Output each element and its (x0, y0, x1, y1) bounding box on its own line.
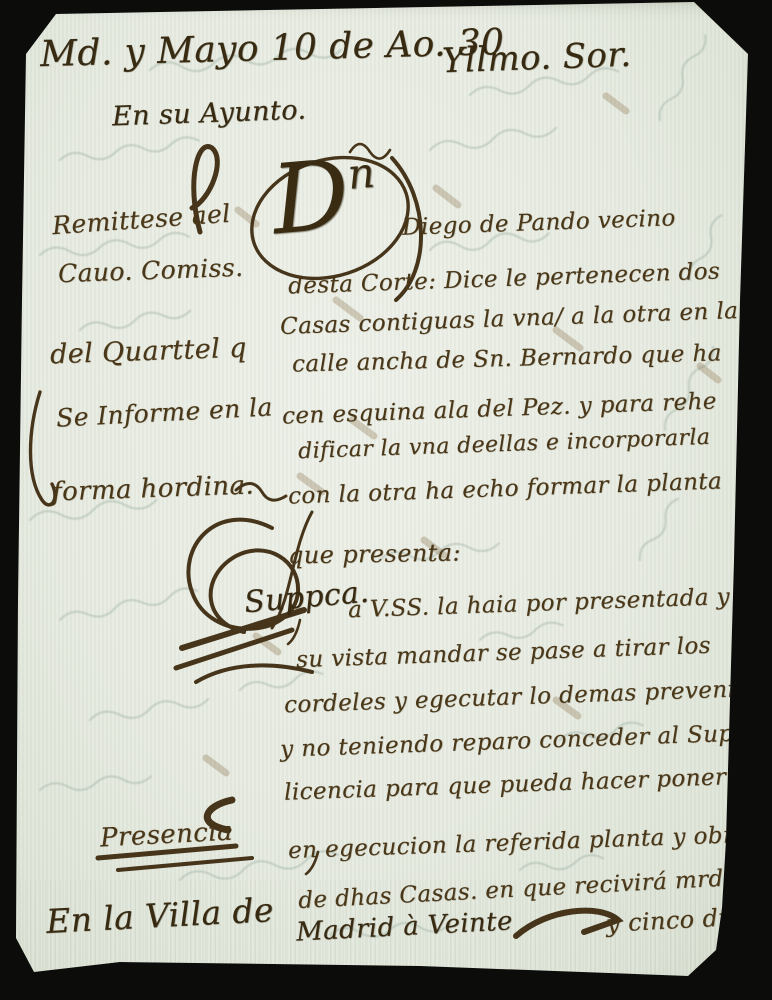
body-line: que presenta: (288, 538, 461, 569)
body-line: Diego de Pando vecino (402, 205, 676, 241)
margin-presented-note: Presencia (99, 817, 233, 854)
petition-line: cordeles y egecutar lo demas prevenido (284, 676, 765, 719)
petition-line: en egecucion la referida planta y obra (288, 822, 749, 864)
petition-line: a V.SS. la haia por presentada y en (348, 583, 768, 624)
margin-remit-line5: forma hordina. (52, 470, 255, 507)
petition-line: licencia para que pueda hacer poner (284, 764, 727, 805)
body-line: calle ancha de Sn. Bernardo que ha (292, 340, 722, 377)
body-line: con la otra ha echo formar la planta (288, 468, 723, 509)
margin-remit-line2: Cauo. Comiss. (58, 253, 244, 288)
don-superscript: n (345, 148, 377, 199)
margin-remit-line1: Remittese ael (51, 199, 231, 240)
petition-line: su vista mandar se pase a tirar los (296, 633, 712, 673)
scan-background: Md. y Mayo 10 de Ao. 30 Yllmo. Sor. En s… (0, 0, 772, 1000)
don-letter: D (267, 138, 354, 256)
petition-line: y no teniendo reparo conceder al Suppte. (280, 719, 772, 762)
body-line: cen esquina ala del Pez. y para rehe (282, 388, 717, 429)
body-line: dificar la vna deellas e incorporarla (298, 425, 711, 464)
margin-remit-line3: del Quarttel q (50, 333, 248, 371)
don-initial: Dn (268, 144, 381, 249)
body-line: desta Corte: Dice le pertenecen dos (288, 258, 721, 299)
body-line: Casas contiguas la vna/ a la otra en la (280, 298, 739, 340)
header-date-line: Md. y Mayo 10 de Ao. 30 (40, 22, 505, 75)
manuscript-page: Md. y Mayo 10 de Ao. 30 Yllmo. Sor. En s… (0, 0, 772, 1000)
header-session-note: En su Ayunto. (112, 95, 307, 133)
margin-remit-line4: Se Informe en la (55, 392, 273, 432)
header-addressee: Yllmo. Sor. (441, 35, 632, 82)
